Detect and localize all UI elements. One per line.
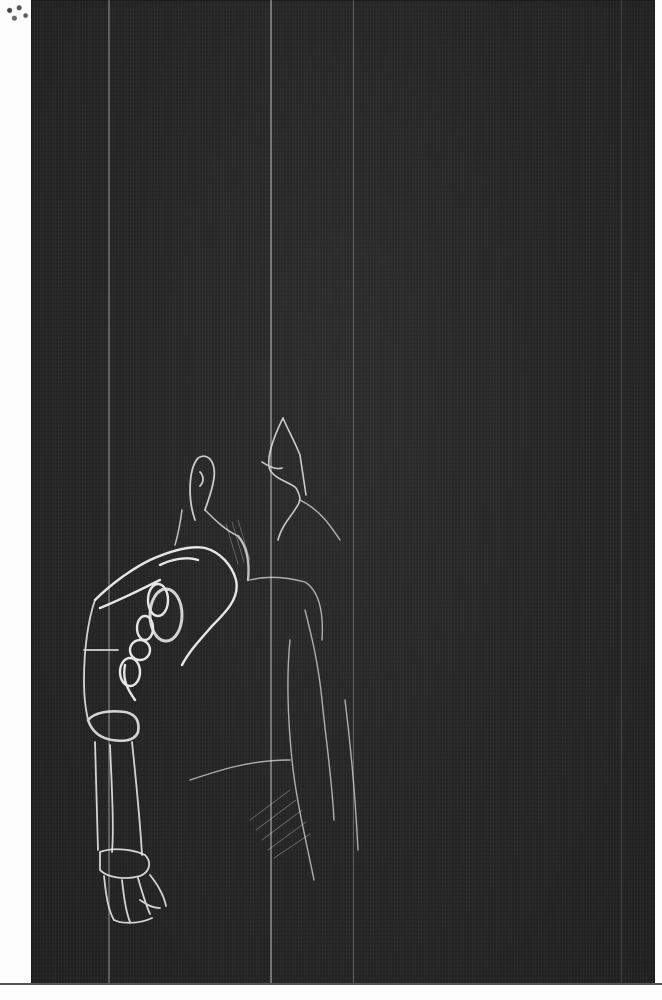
gauntlet-hand bbox=[100, 849, 166, 922]
torso-outline bbox=[190, 500, 358, 880]
page-edge-rule bbox=[0, 983, 662, 985]
head-profile bbox=[262, 418, 306, 540]
ear bbox=[190, 456, 214, 520]
armored-arm bbox=[84, 600, 142, 855]
figure-sketch bbox=[0, 0, 662, 1000]
hatching bbox=[226, 520, 310, 858]
shoulder-pauldron bbox=[95, 547, 237, 700]
neck bbox=[175, 510, 249, 580]
